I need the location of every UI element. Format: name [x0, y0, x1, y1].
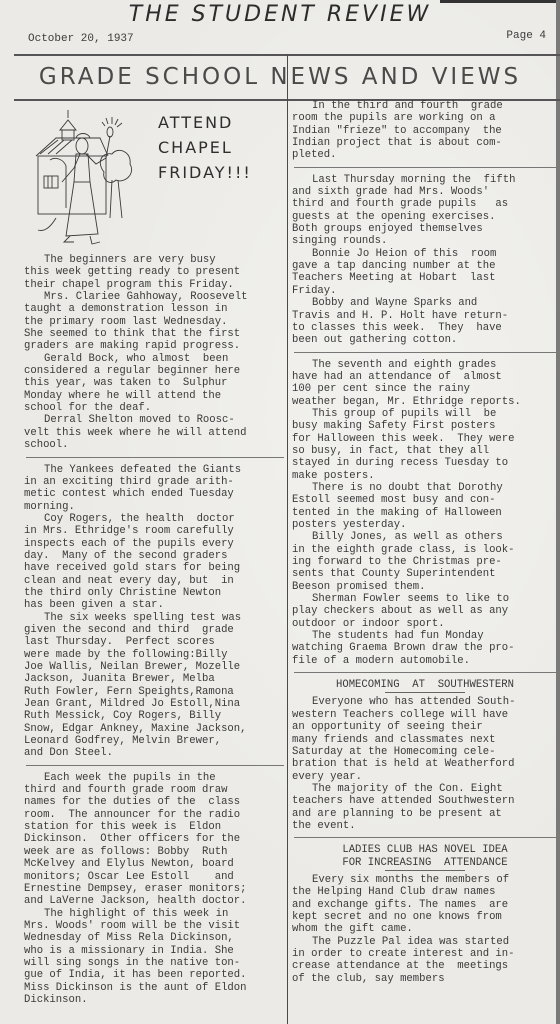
text-line: posters yesterday.: [292, 519, 558, 531]
text-line: Coy Rogers, the health doctor: [24, 513, 286, 525]
article-paragraph: Bobby and Wayne Sparks andTravis and H. …: [292, 297, 558, 346]
article: In the third and fourth graderoom the pu…: [292, 100, 558, 162]
article-paragraph: Gerald Bock, who almost beenconsidered a…: [24, 353, 286, 415]
text-line: and Don Steel.: [24, 747, 286, 759]
text-line: week are as follows: Bobby Ruth: [24, 846, 286, 858]
text-line: Dickinson.: [24, 994, 286, 1006]
article-paragraph: Derral Shelton moved to Roosc-velt this …: [24, 414, 286, 451]
text-line: kept secret and no one knows from: [292, 911, 558, 923]
text-line: Everyone who has attended South-: [292, 696, 558, 708]
text-line: morning.: [24, 501, 286, 513]
article-divider: [26, 457, 284, 458]
article: The seventh and eighth gradeshave had an…: [292, 359, 558, 668]
text-line: Saturday at the Homecoming cele-: [292, 746, 558, 758]
text-line: school for the deaf.: [24, 402, 286, 414]
text-line: were made by the following:Billy: [24, 649, 286, 661]
text-line: Bobby and Wayne Sparks and: [292, 297, 558, 309]
text-line: Beeson promised them.: [292, 581, 558, 593]
text-line: stayed in during recess Tuesday to: [292, 457, 558, 469]
text-line: in an exciting third grade arith-: [24, 476, 286, 488]
article-paragraph: The majority of the Con. Eightteachers h…: [292, 783, 558, 832]
text-line: the Helping Hand Club draw names: [292, 886, 558, 898]
text-line: Mrs. Clariee Gahhoway, Roosevelt: [24, 291, 286, 303]
text-line: crease attendance at the meetings: [292, 960, 558, 972]
text-line: gue of India, it has been reported.: [24, 969, 286, 981]
article-paragraph: The beginners are very busythis week get…: [24, 254, 286, 291]
article-paragraph: Every six months the members ofthe Helpi…: [292, 874, 558, 936]
article-paragraph: There is no doubt that DorothyEstoll see…: [292, 482, 558, 531]
attend-chapel-caption: ATTEND CHAPEL FRIDAY!!!: [158, 110, 252, 185]
headline-underline: [385, 692, 465, 693]
article: Last Thursday morning the fifthand sixth…: [292, 174, 558, 347]
text-line: Dickinson. Other officers for the: [24, 833, 286, 845]
article-paragraph: The students had fun Mondaywatching Grae…: [292, 630, 558, 667]
text-line: and are planning to be present at: [292, 808, 558, 820]
text-line: make posters.: [292, 470, 558, 482]
text-line: pleted.: [292, 149, 558, 161]
text-line: McKelvey and Elylus Newton, board: [24, 858, 286, 870]
text-line: in Mrs. Ethridge's room carefully: [24, 525, 286, 537]
article-paragraph: The Puzzle Pal idea was startedin order …: [292, 936, 558, 985]
newsletter-title: THE STUDENT REVIEW: [0, 2, 560, 27]
text-line: inspects each of the pupils every: [24, 538, 286, 550]
text-line: guests at the opening exercises.: [292, 211, 558, 223]
article-paragraph: Billy Jones, as well as othersin the eig…: [292, 531, 558, 593]
teacher-schoolhouse-drawing-icon: [26, 108, 138, 248]
text-line: Ernestine Dempsey, eraser monitors;: [24, 883, 286, 895]
text-line: teachers have attended Southwestern: [292, 795, 558, 807]
text-line: been out gathering cotton.: [292, 334, 558, 346]
article-paragraph: Mrs. Clariee Gahhoway, Roosevelttaught a…: [24, 291, 286, 353]
text-line: Estoll seemed most busy and con-: [292, 494, 558, 506]
text-line: and LaVerne Jackson, health doctor.: [24, 895, 286, 907]
text-line: Ruth Messick, Coy Rogers, Billy: [24, 710, 286, 722]
text-line: Friday.: [292, 285, 558, 297]
text-line: clean and neat every day, but in: [24, 575, 286, 587]
text-line: Ruth Fowler, Fern Speights,Ramona: [24, 686, 286, 698]
article: Each week the pupils in thethird and fou…: [24, 772, 286, 1007]
text-line: in order to create interest and in-: [292, 948, 558, 960]
text-line: Derral Shelton moved to Roosc-: [24, 414, 286, 426]
text-line: The seventh and eighth grades: [292, 359, 558, 371]
text-line: Monday where he will attend the: [24, 390, 286, 402]
text-line: Miss Dickinson is the aunt of Eldon: [24, 982, 286, 994]
text-line: station for this week is Eldon: [24, 821, 286, 833]
text-line: and sixth grade had Mrs. Woods': [292, 186, 558, 198]
text-line: weather began, Mr. Ethridge reports.: [292, 396, 558, 408]
text-line: Last Thursday morning the fifth: [292, 174, 558, 186]
text-line: the primary room last Wednesday.: [24, 316, 286, 328]
text-line: There is no doubt that Dorothy: [292, 482, 558, 494]
article-paragraph: Bonnie Jo Heion of this roomgave a tap d…: [292, 248, 558, 297]
text-line: third and fourth grade room draw: [24, 784, 286, 796]
text-line: Every six months the members of: [292, 874, 558, 886]
text-line: the third only Christine Newton: [24, 587, 286, 599]
text-line: tented in the making of Halloween: [292, 507, 558, 519]
text-line: western Teachers college will have: [292, 709, 558, 721]
text-line: Bonnie Jo Heion of this room: [292, 248, 558, 260]
article-headline: LADIES CLUB HAS NOVEL IDEA FOR INCREASIN…: [292, 844, 558, 869]
text-line: this week getting ready to present: [24, 266, 286, 278]
text-line: Gerald Bock, who almost been: [24, 353, 286, 365]
text-line: metic contest which ended Tuesday: [24, 488, 286, 500]
text-line: have had an attendance of almost: [292, 371, 558, 383]
article: LADIES CLUB HAS NOVEL IDEA FOR INCREASIN…: [292, 844, 558, 985]
text-line: names for the duties of the class: [24, 796, 286, 808]
article-paragraph: The highlight of this week inMrs. Woods'…: [24, 908, 286, 1007]
section-heading: GRADE SCHOOL NEWS AND VIEWS: [0, 64, 560, 90]
text-line: The Puzzle Pal idea was started: [292, 936, 558, 948]
page-number: Page 4: [506, 30, 546, 42]
text-line: Indian project that is about com-: [292, 137, 558, 149]
article-paragraph: The seventh and eighth gradeshave had an…: [292, 359, 558, 408]
text-line: Joe Wallis, Neilan Brewer, Mozelle: [24, 661, 286, 673]
text-line: every year.: [292, 771, 558, 783]
text-line: an opportunity of seeing their: [292, 721, 558, 733]
text-line: 100 per cent since the rainy: [292, 383, 558, 395]
text-line: last Thursday. Perfect scores: [24, 636, 286, 648]
text-line: Wednesday of Miss Rela Dickinson,: [24, 932, 286, 944]
text-line: bration that is held at Weatherford: [292, 758, 558, 770]
text-line: taught a demonstration lesson in: [24, 303, 286, 315]
text-line: school.: [24, 439, 286, 451]
article-divider: [26, 765, 284, 766]
article: HOMECOMING AT SOUTHWESTERNEveryone who h…: [292, 679, 558, 832]
text-line: The beginners are very busy: [24, 254, 286, 266]
text-line: given the second and third grade: [24, 624, 286, 636]
text-line: of the club, say members: [292, 973, 558, 985]
text-line: In the third and fourth grade: [292, 100, 558, 112]
article-paragraph: Each week the pupils in thethird and fou…: [24, 772, 286, 908]
text-line: has been given a star.: [24, 599, 286, 611]
text-line: Sherman Fowler seems to like to: [292, 593, 558, 605]
text-line: busy making Safety First posters: [292, 420, 558, 432]
text-line: The majority of the Con. Eight: [292, 783, 558, 795]
text-line: play checkers about as well as any: [292, 605, 558, 617]
text-line: This group of pupils will be: [292, 408, 558, 420]
text-line: Jackson, Juanita Brewer, Melba: [24, 673, 286, 685]
text-line: in the eighth grade class, is look-: [292, 544, 558, 556]
headline-underline: [385, 870, 465, 871]
article-paragraph: In the third and fourth graderoom the pu…: [292, 100, 558, 162]
article-paragraph: This group of pupils will bebusy making …: [292, 408, 558, 482]
text-line: She seemed to think that the first: [24, 328, 286, 340]
text-line: Billy Jones, as well as others: [292, 531, 558, 543]
text-line: room the pupils are working on a: [292, 112, 558, 124]
text-line: and exchange gifts. The names are: [292, 899, 558, 911]
text-line: Teachers Meeting at Hobart last: [292, 272, 558, 284]
text-line: watching Graema Brown draw the pro-: [292, 642, 558, 654]
right-column: In the third and fourth graderoom the pu…: [292, 100, 558, 985]
issue-date: October 20, 1937: [28, 33, 134, 45]
text-line: velt this week where he will attend: [24, 427, 286, 439]
text-line: The students had fun Monday: [292, 630, 558, 642]
article: The beginners are very busythis week get…: [24, 254, 286, 452]
article-paragraph: The six weeks spelling test wasgiven the…: [24, 612, 286, 760]
text-line: Jean Grant, Mildred Jo Estoll,Nina: [24, 698, 286, 710]
text-line: monitors; Oscar Lee Estoll and: [24, 871, 286, 883]
text-line: outdoor or indoor sport.: [292, 618, 558, 630]
text-line: The six weeks spelling test was: [24, 612, 286, 624]
text-line: will sing songs in the native ton-: [24, 957, 286, 969]
text-line: so busy, in fact, that they all: [292, 445, 558, 457]
text-line: considered a regular beginner here: [24, 365, 286, 377]
article-divider: [294, 672, 556, 673]
text-line: Both groups enjoyed themselves: [292, 223, 558, 235]
article-paragraph: Sherman Fowler seems to like toplay chec…: [292, 593, 558, 630]
article-paragraph: Coy Rogers, the health doctorin Mrs. Eth…: [24, 513, 286, 612]
text-line: many friends and classmates next: [292, 734, 558, 746]
article-divider: [294, 167, 556, 168]
text-line: Leonard Godfrey, Melvin Brewer,: [24, 735, 286, 747]
text-line: Indian "frieze" to accompany the: [292, 125, 558, 137]
article-divider: [294, 837, 556, 838]
left-column: The beginners are very busythis week get…: [24, 254, 286, 1006]
text-line: to classes this week. They have: [292, 322, 558, 334]
text-line: Travis and H. P. Holt have return-: [292, 310, 558, 322]
text-line: The Yankees defeated the Giants: [24, 464, 286, 476]
caption-line: FRIDAY!!!: [158, 160, 252, 185]
text-line: for Halloween this week. They were: [292, 433, 558, 445]
article: The Yankees defeated the Giantsin an exc…: [24, 464, 286, 760]
text-line: ing forward to the Christmas pre-: [292, 556, 558, 568]
article-paragraph: The Yankees defeated the Giantsin an exc…: [24, 464, 286, 513]
text-line: Mrs. Woods' room will be the visit: [24, 920, 286, 932]
text-line: gave a tap dancing number at the: [292, 260, 558, 272]
text-line: sents that County Superintendent: [292, 568, 558, 580]
text-line: Each week the pupils in the: [24, 772, 286, 784]
caption-line: CHAPEL: [158, 135, 252, 160]
text-line: this year, was taken to Sulphur: [24, 377, 286, 389]
text-line: The highlight of this week in: [24, 908, 286, 920]
newsletter-page: THE STUDENT REVIEW October 20, 1937 Page…: [0, 0, 560, 1024]
text-line: third and fourth grade pupils as: [292, 198, 558, 210]
text-line: their chapel program this Friday.: [24, 279, 286, 291]
text-line: who is a missionary in India. She: [24, 945, 286, 957]
text-line: graders are making rapid progress.: [24, 340, 286, 352]
text-line: singing rounds.: [292, 235, 558, 247]
text-line: whom the gift came.: [292, 923, 558, 935]
text-line: the event.: [292, 820, 558, 832]
text-line: room. The announcer for the radio: [24, 809, 286, 821]
text-line: day. Many of the second graders: [24, 550, 286, 562]
caption-line: ATTEND: [158, 110, 252, 135]
column-divider: [287, 55, 288, 1024]
article-headline: HOMECOMING AT SOUTHWESTERN: [292, 679, 558, 691]
text-line: Snow, Edgar Ankney, Maxine Jackson,: [24, 723, 286, 735]
text-line: file of a modern automobile.: [292, 655, 558, 667]
article-paragraph: Last Thursday morning the fifthand sixth…: [292, 174, 558, 248]
text-line: have received gold stars for being: [24, 562, 286, 574]
article-paragraph: Everyone who has attended South-western …: [292, 696, 558, 782]
article-divider: [294, 352, 556, 353]
